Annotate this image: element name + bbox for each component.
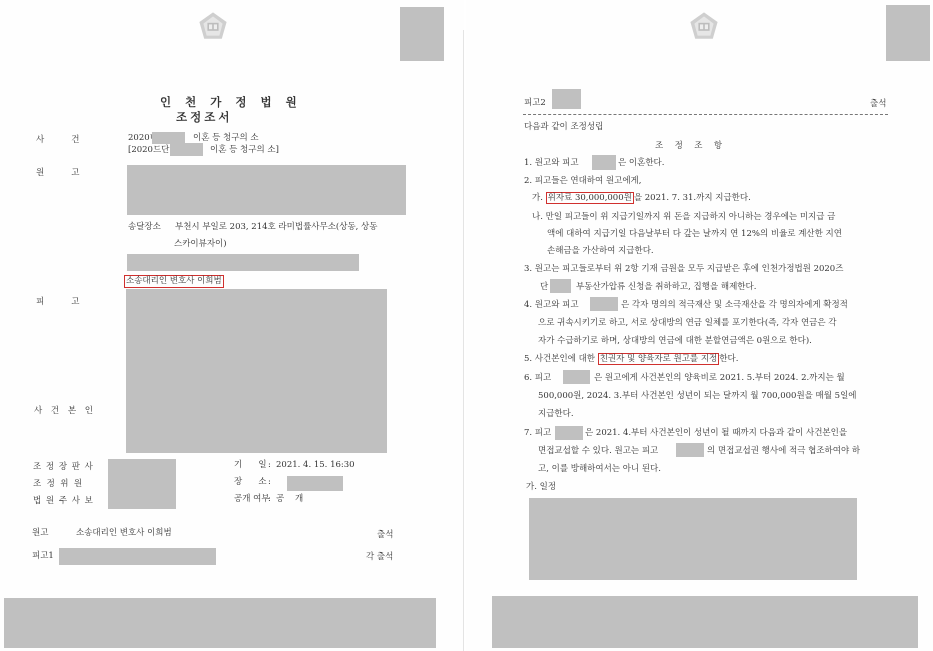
clause-3-line2-b: 부동산가압류 신청을 취하하고, 집행을 해제한다. xyxy=(576,282,756,293)
attendance-status-defendant1: 각 출석 xyxy=(366,552,393,563)
clause-2-ga-prefix: 가. xyxy=(532,193,543,203)
session-date-label: 기 일 xyxy=(234,460,267,471)
clause-4-line1-a: 4. 원고와 피고 xyxy=(524,300,579,311)
clause-6-line1-b: 은 원고에게 사건본인의 양육비로 2021. 5.부터 2024. 2.까지는… xyxy=(594,373,845,384)
session-place-label: 장 소 xyxy=(234,477,267,488)
attendance-party-defendant1: 피고1 xyxy=(32,551,54,562)
redacted-name xyxy=(590,297,618,311)
redacted-address xyxy=(127,254,359,271)
clause-5-a: 5. 사건본인에 대한 xyxy=(524,354,595,364)
clause-4-line1-b: 은 각자 명의의 적극재산 및 소극재산을 각 명의자에게 확정적 xyxy=(621,300,848,311)
redacted-defendant-and-subject xyxy=(126,289,387,453)
clause-5: 5. 사건본인에 대한 친권자 및 양육자로 원고를 지정한다. xyxy=(524,354,738,365)
public-value: 공 개 xyxy=(276,494,303,505)
court-seal-icon xyxy=(688,10,720,42)
service-address-label: 송달장소 xyxy=(128,222,161,233)
clause-2-na-line2: 액에 대하여 지급기일 다음날부터 다 갚는 날까지 연 12%의 비율로 계산… xyxy=(547,229,842,240)
defendant-label: 피 고 xyxy=(36,295,79,307)
page-divider xyxy=(463,30,464,651)
subject-person-label: 사 건 본 인 xyxy=(34,404,96,416)
clause-7-line1-a: 7. 피고 xyxy=(524,428,551,439)
clause-7-line3: 고, 이를 방해하여서는 아니 된다. xyxy=(538,464,661,475)
clause-2-na-line1: 나. 만일 피고들이 위 지급기일까지 위 돈을 지급하지 아니하는 경우에는 … xyxy=(532,212,835,223)
redacted-block xyxy=(886,5,930,61)
official-label-mediator: 조 정 위 원 xyxy=(33,477,82,489)
session-date-value: 2021. 4. 15. 16:30 xyxy=(276,460,355,471)
redacted-name xyxy=(592,155,616,170)
redacted-defendant2 xyxy=(552,89,581,109)
clause-3-line2-a: 단 xyxy=(540,282,548,293)
document-title: 조정조서 xyxy=(176,109,232,125)
clause-4-line3: 자가 수급하기로 하며, 상대방의 연금에 대한 분할연금액은 0원으로 한다)… xyxy=(538,336,812,347)
case-title-2: 이혼 등 청구의 소] xyxy=(210,145,279,156)
attendance-party-plaintiff: 원고 xyxy=(32,528,48,539)
document-page-right: 피고2 출석 다음과 같이 조정성립 조 정 조 항 1. 원고와 피고 은 이… xyxy=(466,0,933,651)
consolation-money-highlight: 위자료 30,000,000원 xyxy=(546,192,634,204)
clause-2-na-line3: 손해금을 가산하여 지급한다. xyxy=(547,246,654,257)
clause-7-line1-b: 은 2021. 4.부터 사건본인이 성년이 될 때까지 다음과 같이 사건본인… xyxy=(585,428,847,439)
redacted-place xyxy=(287,476,343,491)
public-label: 공개 여부 xyxy=(234,494,270,505)
official-label-judge: 조 정 장 판 사 xyxy=(33,460,94,472)
clause-6-line1-a: 6. 피고 xyxy=(524,373,551,384)
clause-6-line3: 지급한다. xyxy=(538,409,574,420)
document-page-left: 인 천 가 정 법 원 조정조서 사 건 2020너 이혼 등 청구의 소 [2… xyxy=(0,0,464,651)
attendance-party-defendant2: 피고2 xyxy=(524,98,546,109)
clause-2: 2. 피고들은 연대하여 원고에게, xyxy=(524,176,641,187)
custody-highlight: 친권자 및 양육자로 원고를 지정 xyxy=(598,353,720,365)
mediation-intro: 다음과 같이 조정성립 xyxy=(524,122,603,133)
case-number-line2: [2020드단 xyxy=(128,145,169,156)
public-sep: : xyxy=(268,494,271,505)
redacted-defendant1 xyxy=(59,548,216,565)
redacted-case-number xyxy=(550,279,571,293)
separator-line xyxy=(523,114,888,115)
redacted-footer xyxy=(492,596,918,648)
session-place-sep: : xyxy=(268,477,271,488)
clause-4-line2: 으로 귀속시키기로 하고, 서로 상대방의 연금 일체를 포기한다(즉, 각자 … xyxy=(538,318,837,329)
clause-5-b: 한다. xyxy=(719,354,738,364)
clause-2-ga: 가. 위자료 30,000,000원을 2021. 7. 31.까지 지급한다. xyxy=(532,193,751,204)
redacted-name xyxy=(555,426,583,440)
clause-7-line2-a: 면접교섭할 수 있다. 원고는 피고 xyxy=(538,446,658,457)
attendance-name-plaintiff: 소송대리인 변호사 이희범 xyxy=(76,528,172,539)
plaintiff-attorney-highlighted: 소송대리인 변호사 이희범 xyxy=(124,275,224,288)
clause-3-line1: 3. 원고는 피고들로부터 위 2항 기재 금원을 모두 지급받은 후에 인천가… xyxy=(524,264,843,275)
redacted-case-number-2 xyxy=(170,143,203,156)
clause-2-ga-rest: 을 2021. 7. 31.까지 지급한다. xyxy=(634,193,751,203)
clause-6-line2: 500,000원, 2024. 3.부터 사건본인 성년이 되는 달까지 월 7… xyxy=(538,391,857,402)
court-name: 인 천 가 정 법 원 xyxy=(160,94,302,110)
case-label: 사 건 xyxy=(36,133,79,145)
redacted-footer xyxy=(4,598,436,648)
section-title: 조 정 조 항 xyxy=(655,141,724,152)
official-label-clerk: 법 원 주 사 보 xyxy=(33,494,94,506)
redacted-plaintiff xyxy=(127,165,406,215)
clause-7-ga: 가. 일정 xyxy=(526,482,556,493)
redacted-schedule xyxy=(529,498,857,580)
redacted-officials xyxy=(108,459,176,509)
attendance-status-plaintiff: 출석 xyxy=(377,530,393,541)
attendance-status-defendant2: 출석 xyxy=(870,99,886,110)
service-address-line2: 스카이뷰자이) xyxy=(174,239,227,250)
clause-7-line2-b: 의 면접교섭권 행사에 적극 협조하여야 하 xyxy=(707,446,860,457)
clause-1-b: 은 이혼한다. xyxy=(618,158,664,169)
redacted-name xyxy=(563,370,590,384)
redacted-name xyxy=(676,443,704,457)
redacted-block xyxy=(400,7,444,61)
plaintiff-label: 원 고 xyxy=(36,166,79,178)
clause-1-a: 1. 원고와 피고 xyxy=(524,158,579,169)
court-seal-icon xyxy=(197,10,229,42)
session-date-sep: : xyxy=(268,460,271,471)
service-address-line1: 부천시 부일로 203, 214호 라미법률사무소(상동, 상동 xyxy=(175,222,377,233)
